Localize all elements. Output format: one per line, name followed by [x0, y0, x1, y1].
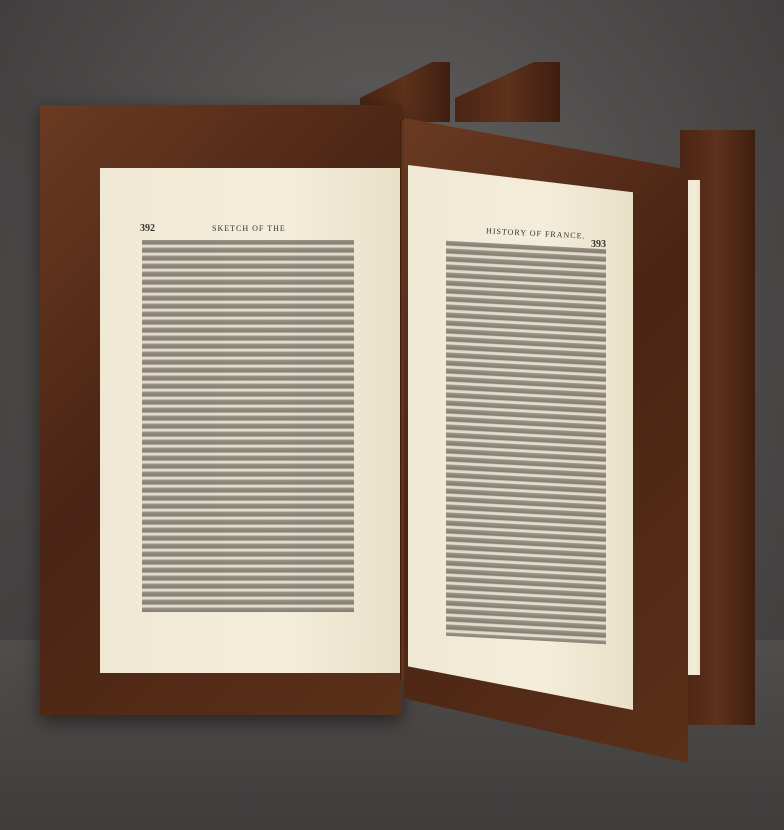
rear-page-edge — [688, 180, 700, 675]
left-cutout-text — [142, 240, 354, 612]
left-running-header: SKETCH OF THE — [212, 224, 286, 233]
rear-frame-right — [455, 62, 560, 122]
left-page: 392 SKETCH OF THE — [100, 168, 402, 673]
left-page-number: 392 — [140, 223, 155, 234]
right-page: HISTORY OF FRANCE. 393 — [408, 165, 633, 710]
right-cutout-text — [446, 241, 606, 644]
right-running-header: HISTORY OF FRANCE. — [486, 226, 586, 240]
